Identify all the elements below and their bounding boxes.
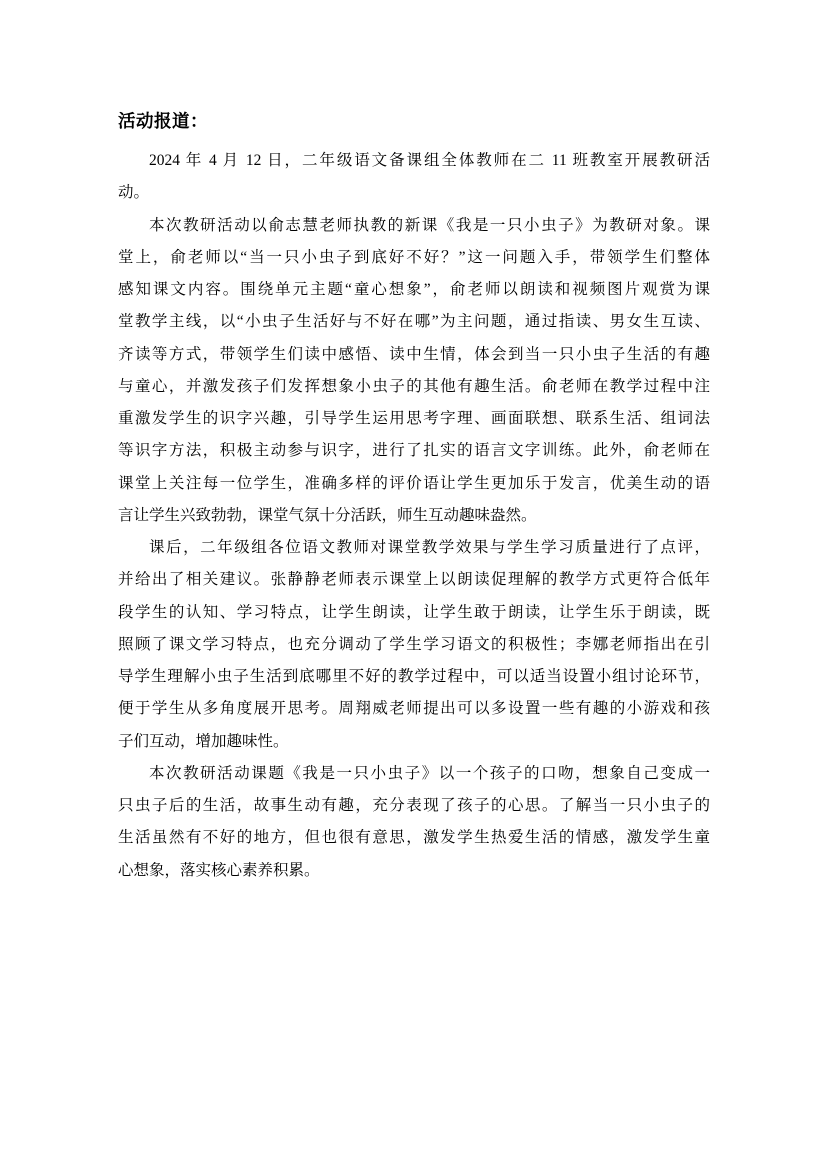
doc-line: 照顾了课文学习特点，也充分调动了学生学习语文的积极性；李娜老师指出在引 — [118, 629, 710, 661]
doc-line: 导学生理解小虫子生活到底哪里不好的教学过程中，可以适当设置小组讨论环节， — [118, 661, 710, 693]
doc-line: 课后，二年级组各位语文教师对课堂教学效果与学生学习质量进行了点评， — [118, 532, 710, 564]
document-page: 活动报道： 2024 年 4 月 12 日，二年级语文备课组全体教师在二 11 … — [0, 0, 827, 1170]
paragraph: 本次教研活动课题《我是一只小虫子》以一个孩子的口吻，想象自己变成一 只虫子后的生… — [118, 758, 710, 887]
doc-line: 2024 年 4 月 12 日，二年级语文备课组全体教师在二 11 班教室开展教… — [118, 145, 710, 177]
doc-line: 重激发学生的识字兴趣，引导学生运用思考字理、画面联想、联系生活、组词法 — [118, 403, 710, 435]
paragraph: 2024 年 4 月 12 日，二年级语文备课组全体教师在二 11 班教室开展教… — [118, 145, 710, 210]
doc-line: 等识字方法，积极主动参与识字，进行了扎实的语言文字训练。此外，俞老师在 — [118, 435, 710, 467]
paragraph: 课后，二年级组各位语文教师对课堂教学效果与学生学习质量进行了点评， 并给出了相关… — [118, 532, 710, 758]
doc-line: 动。 — [118, 177, 710, 209]
doc-line: 只虫子后的生活，故事生动有趣，充分表现了孩子的心思。了解当一只小虫子的 — [118, 790, 710, 822]
doc-line: 心想象，落实核心素养积累。 — [118, 855, 710, 887]
doc-line: 与童心，并激发孩子们发挥想象小虫子的其他有趣生活。俞老师在教学过程中注 — [118, 371, 710, 403]
doc-line: 生活虽然有不好的地方，但也很有意思，激发学生热爱生活的情感，激发学生童 — [118, 822, 710, 854]
doc-line: 感知课文内容。围绕单元主题“童心想象”，俞老师以朗读和视频图片观赏为课 — [118, 274, 710, 306]
doc-line: 课堂上关注每一位学生，准确多样的评价语让学生更加乐于发言，优美生动的语 — [118, 468, 710, 500]
doc-line: 便于学生从多角度展开思考。周翔威老师提出可以多设置一些有趣的小游戏和孩 — [118, 693, 710, 725]
doc-line: 并给出了相关建议。张静静老师表示课堂上以朗读促理解的教学方式更符合低年 — [118, 564, 710, 596]
doc-line: 堂教学主线，以“小虫子生活好与不好在哪”为主问题，通过指读、男女生互读、 — [118, 306, 710, 338]
doc-line: 本次教研活动课题《我是一只小虫子》以一个孩子的口吻，想象自己变成一 — [118, 758, 710, 790]
doc-line: 齐读等方式，带领学生们读中感悟、读中生情，体会到当一只小虫子生活的有趣 — [118, 339, 710, 371]
doc-line: 本次教研活动以俞志慧老师执教的新课《我是一只小虫子》为教研对象。课 — [118, 210, 710, 242]
document-heading: 活动报道： — [118, 106, 710, 136]
paragraph: 本次教研活动以俞志慧老师执教的新课《我是一只小虫子》为教研对象。课 堂上，俞老师… — [118, 210, 710, 533]
document-body: 活动报道： 2024 年 4 月 12 日，二年级语文备课组全体教师在二 11 … — [118, 106, 710, 887]
doc-line: 子们互动，增加趣味性。 — [118, 726, 710, 758]
doc-line: 言让学生兴致勃勃，课堂气氛十分活跃，师生互动趣味盎然。 — [118, 500, 710, 532]
doc-line: 段学生的认知、学习特点，让学生朗读，让学生敢于朗读，让学生乐于朗读，既 — [118, 597, 710, 629]
doc-line: 堂上，俞老师以“当一只小虫子到底好不好？”这一问题入手，带领学生们整体 — [118, 242, 710, 274]
